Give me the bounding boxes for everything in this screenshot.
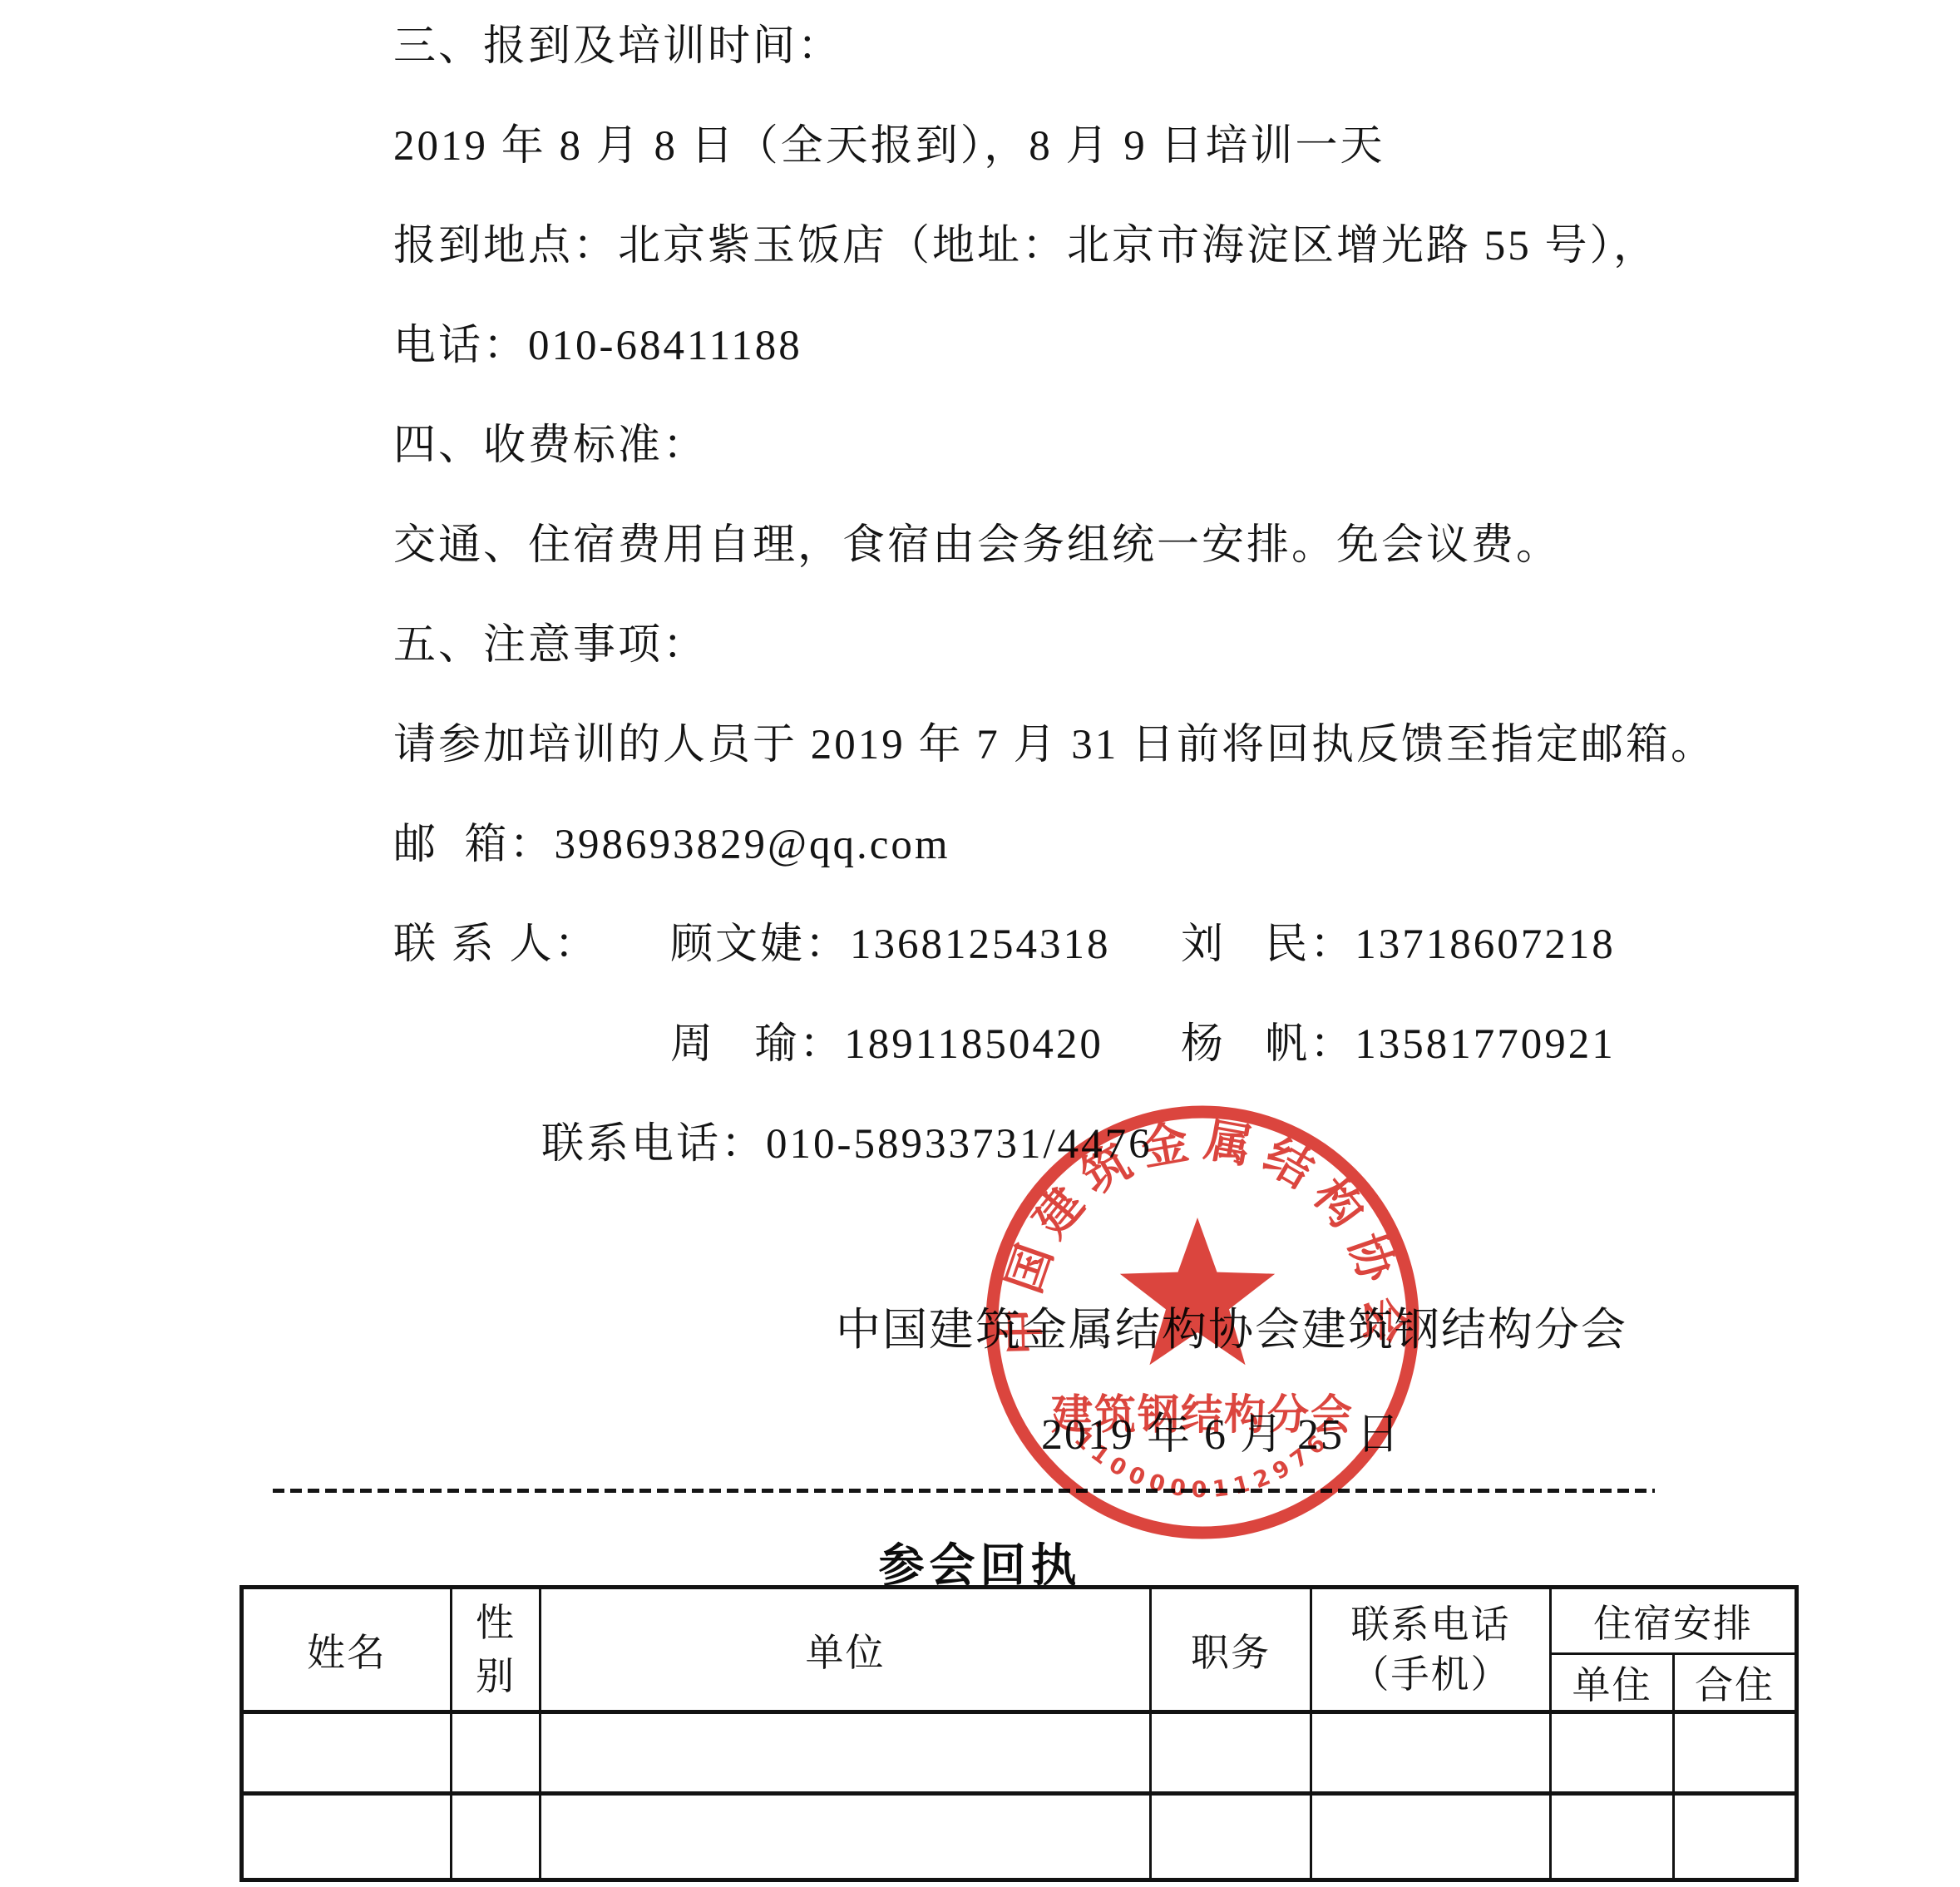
reply-table: 姓名 性别 单位 职务 联系电话（手机） 住宿安排 单住 合住 [239,1585,1799,1882]
table-header-shared: 合住 [1675,1655,1795,1714]
table-cell-empty[interactable] [1675,1796,1795,1878]
table-header-phone: 联系电话（手机） [1312,1589,1552,1714]
table-header-unit: 单位 [541,1589,1152,1714]
table-cell-empty[interactable] [541,1796,1152,1878]
contact-zhou: 周 瑜：18911850420 [670,1019,1103,1070]
line-email: 邮 箱：398693829@qq.com [393,819,950,871]
table-cell-empty[interactable] [1312,1714,1552,1796]
table-header-name: 姓名 [244,1589,452,1714]
table-header-lodging: 住宿安排 [1552,1589,1795,1655]
dashed-separator [273,1489,1655,1493]
table-cell-empty[interactable] [1552,1714,1675,1796]
section5-title: 五、注意事项： [393,620,708,671]
star-icon [1120,1218,1275,1365]
table-cell-empty[interactable] [1675,1714,1795,1796]
table-cell-empty[interactable] [541,1714,1152,1796]
seal-banner-text: 建筑钢结构分会 [1051,1391,1354,1438]
table-cell-empty[interactable] [244,1714,452,1796]
table-cell-empty[interactable] [1312,1796,1552,1878]
line-notice: 请参加培训的人员于 2019 年 7 月 31 日前将回执反馈至指定邮箱。 [393,719,1716,771]
line-fees: 交通、住宿费用自理，食宿由会务组统一安排。免会议费。 [393,520,1561,571]
table-header-single: 单住 [1552,1655,1675,1714]
table-cell-empty[interactable] [452,1796,541,1878]
document-page: 三、报到及培训时间： 2019 年 8 月 8 日（全天报到），8 月 9 日培… [0,0,1960,1887]
line-datetime: 2019 年 8 月 8 日（全天报到），8 月 9 日培训一天 [393,121,1385,172]
table-header-position: 职务 [1152,1589,1312,1714]
section3-title: 三、报到及培训时间： [393,21,842,72]
line-hotel-phone: 电话：010-68411188 [393,320,802,372]
table-cell-empty[interactable] [244,1796,452,1878]
table-header-gender: 性别 [452,1589,541,1714]
contact-gu: 顾文婕：13681254318 [670,919,1111,971]
table-cell-empty[interactable] [1152,1714,1312,1796]
table-cell-empty[interactable] [1552,1796,1675,1878]
line-location: 报到地点：北京紫玉饭店（地址：北京市海淀区增光路 55 号）， [393,220,1658,272]
contact-liu: 刘 民：13718607218 [1181,919,1616,971]
section4-title: 四、收费标准： [393,420,708,472]
table-cell-empty[interactable] [1152,1796,1312,1878]
contacts-label: 联 系 人： [393,919,600,971]
table-cell-empty[interactable] [452,1714,541,1796]
official-seal: 中国建筑金属结构协会 建筑钢结构分会 1100000112976 [970,1089,1435,1555]
contact-yang: 杨 帆：13581770921 [1181,1019,1616,1070]
